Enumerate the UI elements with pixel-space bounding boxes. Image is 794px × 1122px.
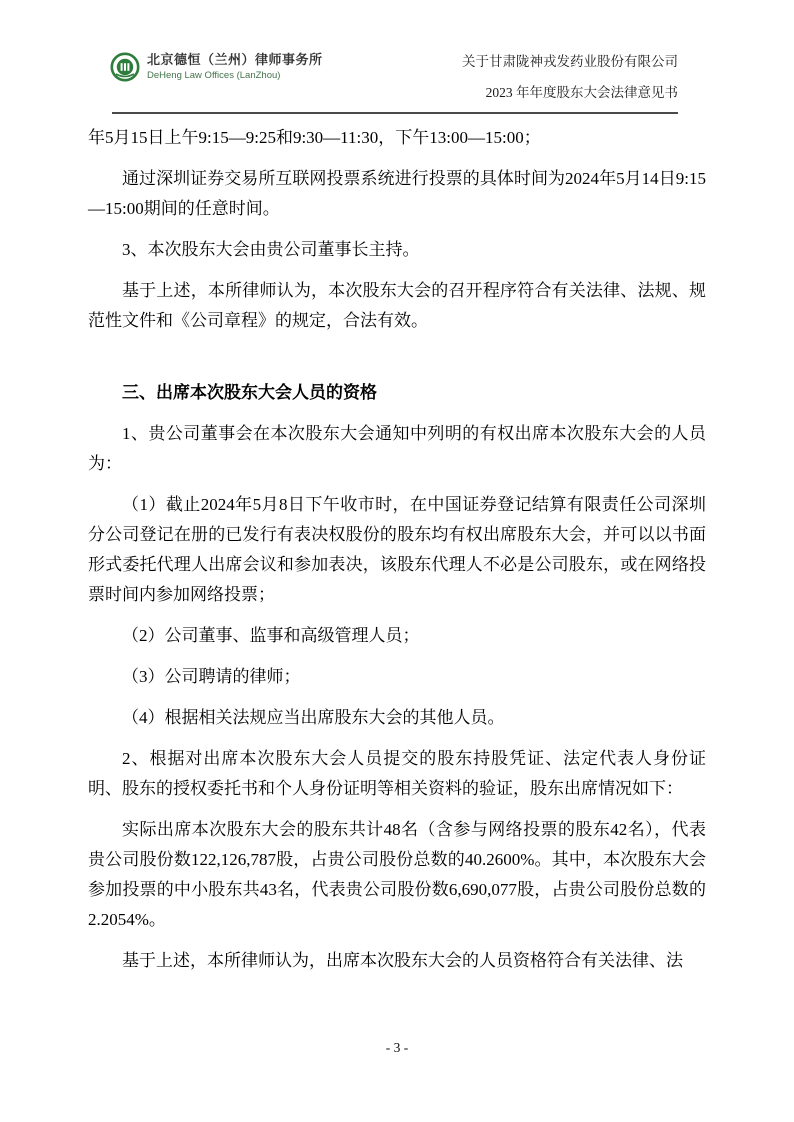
document-reference: 关于甘肃陇神戎发药业股份有限公司 2023 年年度股东大会法律意见书 — [462, 46, 678, 108]
paragraph: 2、根据对出席本次股东大会人员提交的股东持股凭证、法定代表人身份证明、股东的授权… — [88, 744, 706, 804]
paragraph: 1、贵公司董事会在本次股东大会通知中列明的有权出席本次股东大会的人员为： — [88, 419, 706, 479]
document-page: 北京德恒（兰州）律师事务所 DeHeng Law Offices (LanZho… — [0, 0, 794, 1122]
paragraph: （2）公司董事、监事和高级管理人员； — [88, 621, 706, 651]
document-reference-line2: 2023 年年度股东大会法律意见书 — [462, 77, 678, 108]
deheng-logo-icon — [110, 52, 140, 82]
document-reference-line1: 关于甘肃陇神戎发药业股份有限公司 — [462, 46, 678, 77]
document-body: 年5月15日上午9:15—9:25和9:30—11:30，下午13:00—15:… — [88, 123, 706, 976]
paragraph: （3）公司聘请的律师； — [88, 662, 706, 692]
paragraph: 通过深圳证券交易所互联网投票系统进行投票的具体时间为2024年5月14日9:15… — [88, 164, 706, 224]
firm-names: 北京德恒（兰州）律师事务所 DeHeng Law Offices (LanZho… — [147, 52, 323, 81]
paragraph: 年5月15日上午9:15—9:25和9:30—11:30，下午13:00—15:… — [88, 123, 706, 153]
firm-identity: 北京德恒（兰州）律师事务所 DeHeng Law Offices (LanZho… — [110, 52, 323, 82]
paragraph: 3、本次股东大会由贵公司董事长主持。 — [88, 235, 706, 265]
paragraph: 实际出席本次股东大会的股东共计48名（含参与网络投票的股东42名），代表贵公司股… — [88, 815, 706, 935]
paragraph: 基于上述，本所律师认为，本次股东大会的召开程序符合有关法律、法规、规范性文件和《… — [88, 276, 706, 336]
paragraph: （4）根据相关法规应当出席股东大会的其他人员。 — [88, 703, 706, 733]
letterhead: 北京德恒（兰州）律师事务所 DeHeng Law Offices (LanZho… — [112, 50, 678, 114]
paragraph: 基于上述，本所律师认为，出席本次股东大会的人员资格符合有关法律、法 — [88, 946, 706, 976]
firm-name-chinese: 北京德恒（兰州）律师事务所 — [147, 52, 323, 68]
page-number: - 3 - — [0, 1040, 794, 1056]
firm-name-english: DeHeng Law Offices (LanZhou) — [147, 70, 323, 82]
paragraph: （1）截止2024年5月8日下午收市时，在中国证券登记结算有限责任公司深圳分公司… — [88, 490, 706, 610]
section-heading: 三、出席本次股东大会人员的资格 — [88, 378, 706, 408]
